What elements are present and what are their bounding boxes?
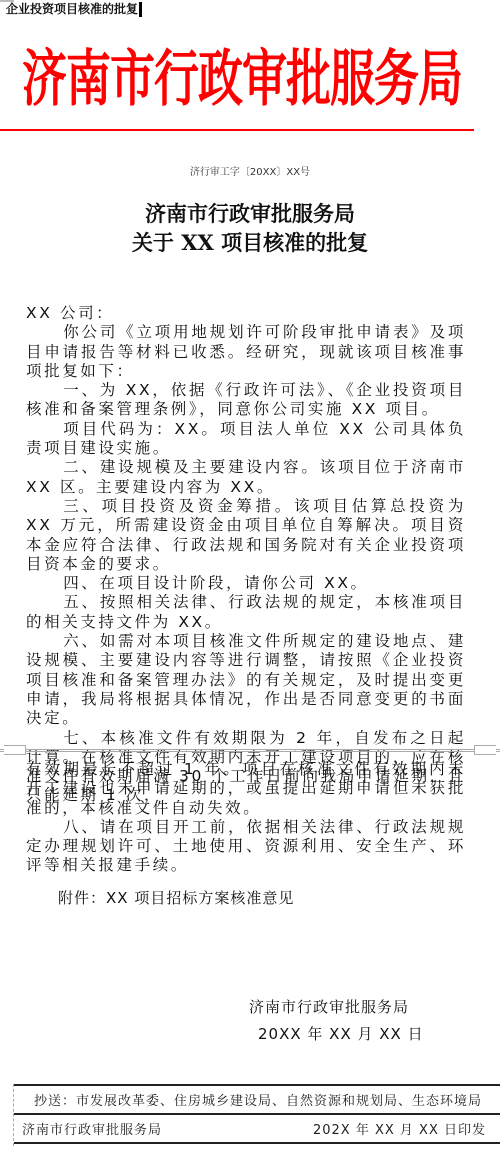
signature-date: 20XX 年 XX 月 XX 日 <box>258 1023 424 1044</box>
document-tab[interactable]: 企业投资项目核准的批复 <box>0 0 146 18</box>
document-tab-label: 企业投资项目核准的批复 <box>6 0 138 18</box>
body-paragraph: 四、在项目设计阶段，请你公司 XX。 <box>26 574 466 593</box>
issue-row: 济南市行政审批服务局 202X 年 XX 月 XX 日印发 <box>14 1115 500 1142</box>
text-cursor <box>139 2 142 17</box>
document-title-line2: 关于 XX 项目核准的批复 <box>0 228 500 258</box>
page-break-left-marker <box>4 745 26 755</box>
document-footer: 抄送：市发展改革委、住房城乡建设局、自然资源和规划局、生态环境局 济南市行政审批… <box>14 1084 500 1144</box>
body-paragraph: 六、如需对本项目核准文件所规定的建设地点、建设规模、主要建设内容等进行调整，请按… <box>26 632 466 728</box>
page-break-right-marker <box>474 745 496 755</box>
salutation: XX 公司： <box>26 304 466 323</box>
body-paragraph: 你公司《立项用地规划许可阶段审批申请表》及项目申请报告等材料已收悉。经研究，现就… <box>26 323 466 381</box>
masthead-red-rule <box>0 129 474 131</box>
footer-frame-marker <box>13 1084 14 1146</box>
document-body-continued[interactable]: 有效期最长不超过 1 年。项目在核准文件有效期内未开工建设也未申请延期的，或虽提… <box>26 760 466 876</box>
footer-bottom-rule <box>14 1142 500 1144</box>
body-paragraph: 项目代码为：XX。项目法人单位 XX 公司具体负责项目建设实施。 <box>26 420 466 459</box>
body-paragraph: 五、按照相关法律、行政法规的规定，本核准项目的相关支持文件为 XX。 <box>26 593 466 632</box>
masthead-org-name: 济南市行政审批服务局 <box>22 36 472 122</box>
tab-corner-marker <box>0 0 14 2</box>
body-paragraph: 一、为 XX，依据《行政许可法》、《企业投资项目核准和备案管理条例》，同意你公司… <box>26 381 466 420</box>
cc-row: 抄送：市发展改革委、住房城乡建设局、自然资源和规划局、生态环境局 <box>14 1086 500 1113</box>
issuer: 济南市行政审批服务局 <box>22 1119 162 1138</box>
document-title-line1: 济南市行政审批服务局 <box>0 199 500 229</box>
cc-list: 抄送：市发展改革委、住房城乡建设局、自然资源和规划局、生态环境局 <box>34 1090 482 1109</box>
attachment-note: 附件：XX 项目招标方案核准意见 <box>58 887 294 908</box>
body-paragraph: 八、请在项目开工前，依据相关法律、行政法规规定办理规划许可、土地使用、资源利用、… <box>26 818 466 876</box>
body-paragraph: 有效期最长不超过 1 年。项目在核准文件有效期内未开工建设也未申请延期的，或虽提… <box>26 760 466 818</box>
page-break-separator[interactable] <box>0 749 500 752</box>
document-body[interactable]: XX 公司： 你公司《立项用地规划许可阶段审批申请表》及项目申请报告等材料已收悉… <box>26 304 466 806</box>
document-number: 济行审工字〔20XX〕XX号 <box>0 163 500 178</box>
signature-org: 济南市行政审批服务局 <box>249 996 409 1017</box>
issue-date: 202X 年 XX 月 XX 日印发 <box>313 1119 486 1138</box>
body-paragraph: 三、项目投资及资金筹措。该项目估算总投资为 XX 万元，所需建设资金由项目单位自… <box>26 497 466 574</box>
body-paragraph: 二、建设规模及主要建设内容。该项目位于济南市 XX 区。主要建设内容为 XX。 <box>26 458 466 497</box>
